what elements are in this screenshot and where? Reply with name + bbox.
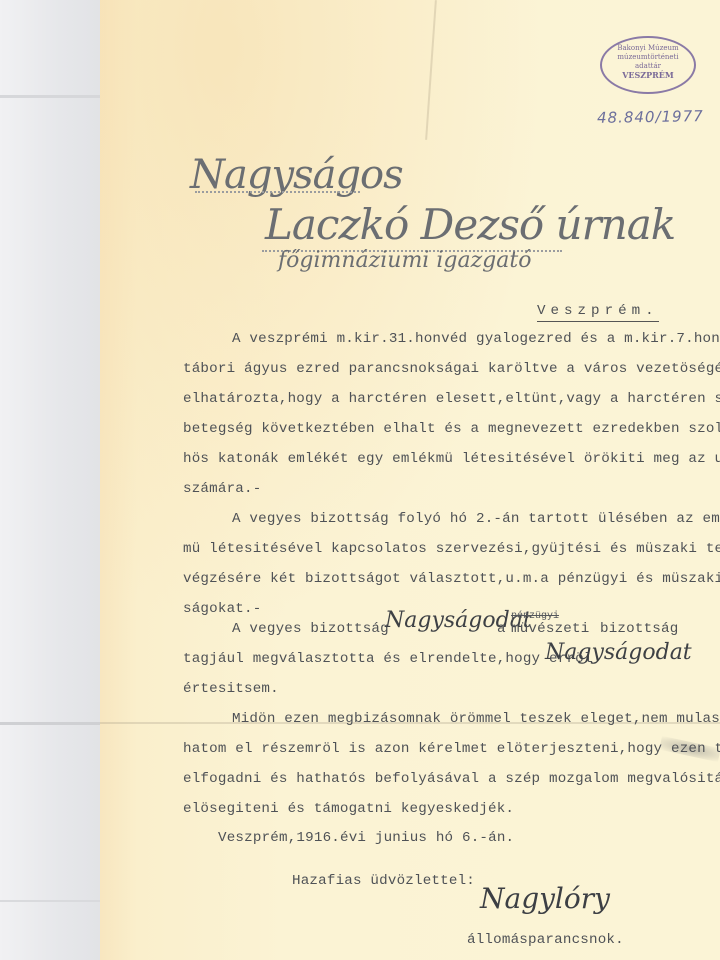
text-line: tábori ágyus ezred parancsnokságai karöl… — [183, 361, 720, 377]
museum-stamp: Bakonyi Múzeum múzeumtörténeti adattár V… — [600, 36, 696, 94]
text-line: hös katonák emlékét egy emlékmü létesité… — [183, 451, 720, 467]
text-line: tagjául megválasztotta és elrendelte,hog… — [183, 651, 593, 667]
signature: Nagylóry — [480, 882, 610, 915]
signer-title: állomásparancsnok. — [467, 932, 624, 948]
archive-number: 48.840/1977 — [597, 107, 704, 127]
stamp-line: Bakonyi Múzeum — [602, 44, 694, 53]
text-line: müvészeti — [511, 621, 589, 637]
text-line: értesitsem. — [183, 681, 279, 697]
text-line: végzésére két bizottságot választott,u.m… — [183, 571, 720, 587]
handwritten-insert: Nagyságodat — [385, 608, 532, 633]
text-line: elfogadni és hathatós befolyásával a szé… — [183, 771, 720, 787]
date-line: Veszprém,1916.évi junius hó 6.-án. — [218, 830, 514, 846]
text-line: betegség következtében elhalt és a megne… — [183, 421, 720, 437]
paper-crease — [425, 0, 437, 140]
text-line: számára.- — [183, 481, 261, 497]
text-line: bizottság — [600, 621, 678, 637]
fold-line — [0, 722, 100, 725]
dotted-line — [195, 191, 360, 193]
text-line: A veszprémi m.kir.31.honvéd gyalogezred … — [232, 331, 720, 347]
stamp-line: VESZPRÉM — [602, 71, 694, 80]
closing-greeting: Hazafias üdvözlettel: — [292, 873, 475, 889]
addressee: Laczkó Dezső úrnak — [265, 200, 675, 249]
grey-backing-sheet — [0, 0, 100, 960]
text-line: a — [497, 621, 506, 637]
addressee-title: főgimnáziumi igazgató — [278, 248, 531, 273]
stamp-line: múzeumtörténeti — [602, 53, 694, 62]
text-line: ságokat.- — [183, 601, 261, 617]
text-line: elhatározta,hogy a harctéren elesett,elt… — [183, 391, 720, 407]
fold-line — [0, 95, 100, 98]
text-line: Midön ezen megbizásomnak örömmel teszek … — [232, 711, 720, 727]
place-heading: Veszprém. — [537, 303, 659, 322]
text-line: A vegyes bizottság folyó hó 2.-án tartot… — [232, 511, 720, 527]
fold-line — [0, 900, 100, 902]
text-line: elösegiteni és támogatni kegyeskedjék. — [183, 801, 514, 817]
text-line: hatom el részemröl is azon kérelmet elöt… — [183, 741, 720, 757]
text-line: A vegyes bizottság — [232, 621, 389, 637]
text-line: mü létesitésével kapcsolatos szervezési,… — [183, 541, 720, 557]
handwritten-insert: Nagyságodat — [545, 640, 692, 665]
